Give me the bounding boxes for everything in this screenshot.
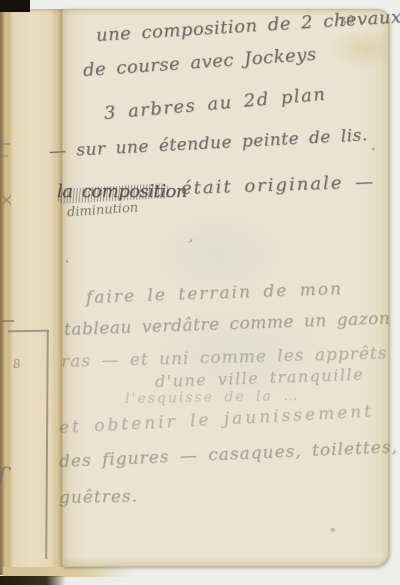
manuscript-line: de course avec Jockeys [82, 44, 317, 81]
manuscript-line: tableau verdâtre comme un gazon [64, 309, 391, 340]
manuscript-line: — sur une étendue peinte de lis. [48, 125, 368, 162]
manuscript-line: faire le terrain de mon [86, 279, 344, 308]
manuscript-line: l'esquisse de la … [125, 388, 300, 407]
manuscript-line: et obtenir le jaunissement [58, 402, 374, 438]
manuscript-rewrite-word: diminution [67, 201, 139, 221]
manuscript-line: des figures — casaques, toilettes, [59, 437, 399, 472]
pencil-edge-dash [1, 143, 10, 145]
scan-dark-corner-bottom-left [0, 576, 66, 585]
pencil-sketch-line [1, 320, 14, 322]
pencil-edge-dash [0, 155, 8, 157]
manuscript-line: était originale — [181, 171, 376, 199]
pencil-scribble-mark: 8 [12, 357, 22, 372]
scan-dark-corner-top-left [0, 0, 30, 12]
pencil-apostrophe-mark: ’ [184, 236, 194, 255]
underlying-page-edge-strip [0, 9, 63, 575]
pencil-grave-mark: ˋ [63, 258, 71, 276]
manuscript-line: 3 arbres au 2d plan [103, 84, 327, 124]
pencil-edge-cross-mark: × [0, 190, 13, 209]
manuscript-line: une composition de 2 chevaux [95, 6, 400, 46]
manuscript-line: guêtres. [59, 487, 138, 508]
notebook-page: 39 une composition de 2 chevaux de cours… [62, 9, 389, 567]
scanned-notebook-page: × ʃ 8 39 une composition de 2 chevaux de… [0, 0, 400, 585]
